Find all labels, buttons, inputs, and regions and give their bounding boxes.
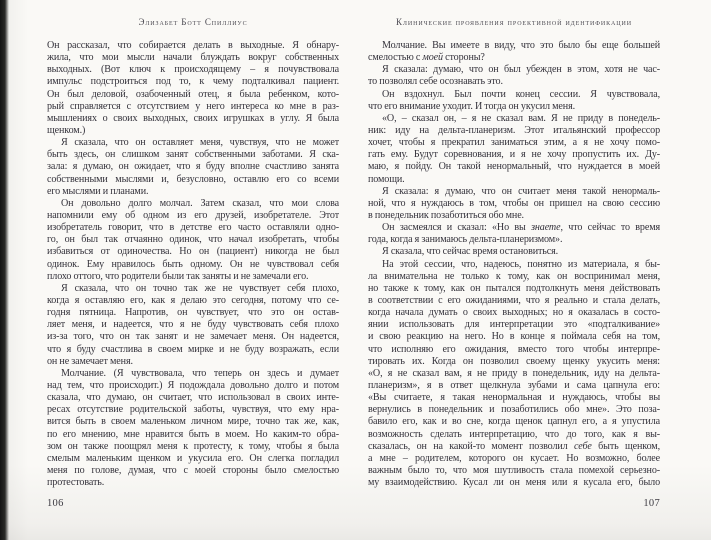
text-line: плохо оттого, что родители были так заня… xyxy=(47,271,339,283)
text-line: зала: я думаю, он ожидает, что я буду вп… xyxy=(47,161,339,173)
text-line: Он был деловой, озабоченный отец, я была… xyxy=(47,89,339,101)
text-line: бавило его, как и во сне, когда щенок ца… xyxy=(368,416,660,428)
text-line: ляет меня, и надеется, что я не буду чув… xyxy=(47,319,339,331)
text-line: в соответствии с его ожиданиями, что я р… xyxy=(368,295,660,307)
text-line: Я сказала: я думаю, что он считает меня … xyxy=(368,186,660,198)
text-line: собственными мыслями и, безусловно, оста… xyxy=(47,174,339,186)
text-line: вится быть в своем маленьком личном мире… xyxy=(47,416,339,428)
left-page: Элизабет Ботт Спиллиус Он рассказал, что… xyxy=(47,0,339,540)
text-line: Я сказала, что он точно так же не чувств… xyxy=(47,283,339,295)
text-line: му взаимодействию. Кусал ли он меня или … xyxy=(368,477,660,489)
book-spread: Элизабет Ботт Спиллиус Он рассказал, что… xyxy=(0,0,711,540)
text-line: изобретатель говорит, что в детстве его … xyxy=(47,222,339,234)
text-line: протестовать. xyxy=(47,477,339,489)
text-line: янии использовать для интерпретации это … xyxy=(368,319,660,331)
paragraph: Я сказала: я думаю, что он считает меня … xyxy=(368,186,660,222)
text-line: что я буду счастлива в своем мирке и не … xyxy=(47,344,339,356)
text-line: тировать их. Когда он позволил своему ще… xyxy=(368,356,660,368)
text-line: избавиться от одиночества. Но он (пациен… xyxy=(47,246,339,258)
text-line: что исполняю его ожидания, вместо того ч… xyxy=(368,344,660,356)
text-line: когда я оставляю его, как я делаю это се… xyxy=(47,295,339,307)
text-line: хочет, чтобы я прекратил заниматься этим… xyxy=(368,137,660,149)
text-line: помощи. xyxy=(368,174,660,186)
text-line: важным было то, что моя шутливость стала… xyxy=(368,465,660,477)
text-line: возможность сделать интерпретацию, что д… xyxy=(368,429,660,441)
text-line: Он вздохнул. Был почти конец сессии. Я ч… xyxy=(368,89,660,101)
text-line: «О, – сказал он, – я не сказал вам. Я не… xyxy=(368,113,660,125)
text-line: по его мнению, мне нравится быть в моем.… xyxy=(47,429,339,441)
text-line: меня по голове, думая, что с моей сторон… xyxy=(47,465,339,477)
text-line: и свою реакцию на него. Но в конце я пой… xyxy=(368,331,660,343)
paragraph: Он довольно долго молчал. Затем сказал, … xyxy=(47,198,339,283)
right-page: Клинические проявления проективной идент… xyxy=(368,0,660,540)
text-line: годня пятница. Напротив, он чувствует, ч… xyxy=(47,307,339,319)
book-edge xyxy=(0,0,9,540)
page-number-left: 106 xyxy=(47,498,64,509)
text-line: его мыслями и планами. xyxy=(47,186,339,198)
text-line: ной, что я нуждаюсь в том, чтобы он приш… xyxy=(368,198,660,210)
text-line: ник: иду на дельта-планеризм. Этот италь… xyxy=(368,125,660,137)
paragraph: Я сказала, что сейчас время остановиться… xyxy=(368,246,660,258)
text-line: планеризм», я в ответ щелкнула зубами и … xyxy=(368,380,660,392)
text-line: ла внимательна не только к тому, как он … xyxy=(368,271,660,283)
paragraph: Он засмеялся и сказал: «Но вы знаете, чт… xyxy=(368,222,660,246)
text-line: быть здесь, он слишком занят собственным… xyxy=(47,149,339,161)
text-line: «Вы считаете, я такая ненормальная и нуж… xyxy=(368,392,660,404)
text-line: из-за того, что он так занят и не замеча… xyxy=(47,331,339,343)
text-line: маю, я пойду. Он такой ненормальный, что… xyxy=(368,161,660,173)
text-line: Молчание. Вы имеете в виду, что это было… xyxy=(368,40,660,52)
paragraph: Я сказала, что он точно так же не чувств… xyxy=(47,283,339,368)
text-line: выходных. (Вот ключ к происходящему – я … xyxy=(47,64,339,76)
text-line: сказала, что думаю, он считает, что испо… xyxy=(47,392,339,404)
text-line: что его внимание уходит. И тогда он укус… xyxy=(368,101,660,113)
text-line: Молчание. (Я чувствовала, что теперь он … xyxy=(47,368,339,380)
text-line: Он довольно долго молчал. Затем сказал, … xyxy=(47,198,339,210)
text-line: сказалась, он на какой-то момент позволи… xyxy=(368,441,660,453)
text-line: ресах отсутствие родительской заботы, чу… xyxy=(47,404,339,416)
text-line: но также к тому, как он пытался подтолкн… xyxy=(368,283,660,295)
text-line: мышлениях о своих выходных, своих игрушк… xyxy=(47,113,339,125)
paragraph: Я сказала: думаю, что он был убежден в э… xyxy=(368,64,660,88)
text-line: Он рассказал, что собирается делать в вы… xyxy=(47,40,339,52)
left-page-body: Он рассказал, что собирается делать в вы… xyxy=(47,40,339,489)
paragraph: Молчание. (Я чувствовала, что теперь он … xyxy=(47,368,339,489)
text-line: «О, я не сказал вам, я не приду в понеде… xyxy=(368,368,660,380)
text-line: года, когда я занимаюсь дельта-планеризм… xyxy=(368,234,660,246)
paragraph: Он вздохнул. Был почти конец сессии. Я ч… xyxy=(368,89,660,113)
running-header-left: Элизабет Ботт Спиллиус xyxy=(47,17,339,27)
page-number-right: 107 xyxy=(643,498,660,509)
paragraph: На этой сессии, что, надеюсь, понятно из… xyxy=(368,259,660,490)
text-line: смелым маленьким щенком и укусила его. О… xyxy=(47,453,339,465)
right-page-body: Молчание. Вы имеете в виду, что это было… xyxy=(368,40,660,489)
text-line: смелостью с моей стороны? xyxy=(368,52,660,64)
text-line: импульс подстроиться под то, к чему подт… xyxy=(47,76,339,88)
text-line: Я сказала, что он оставляет меня, чувств… xyxy=(47,137,339,149)
text-line: гать ему. Будут соревнования, и я не хоч… xyxy=(368,149,660,161)
text-line: щенком.) xyxy=(47,125,339,137)
paragraph: Я сказала, что он оставляет меня, чувств… xyxy=(47,137,339,198)
text-line: одинок. Ему нравилось быть одному. Он не… xyxy=(47,259,339,271)
text-line: На этой сессии, что, надеюсь, понятно из… xyxy=(368,259,660,271)
paragraph: Он рассказал, что собирается делать в вы… xyxy=(47,40,339,137)
text-line: вернулись в понедельник и позаботились о… xyxy=(368,404,660,416)
text-line: Я сказала: думаю, что он был убежден в э… xyxy=(368,64,660,76)
text-line: Я сказала, что сейчас время остановиться… xyxy=(368,246,660,258)
paragraph: «О, – сказал он, – я не сказал вам. Я не… xyxy=(368,113,660,186)
text-line: го, он был так отчаянно одинок, что нача… xyxy=(47,234,339,246)
text-line: в понедельник позаботиться обо мне. xyxy=(368,210,660,222)
text-line: Он засмеялся и сказал: «Но вы знаете, чт… xyxy=(368,222,660,234)
running-header-right: Клинические проявления проективной идент… xyxy=(368,17,660,27)
text-line: зом он также поощрял меня к протесту, к … xyxy=(47,441,339,453)
text-line: рый справляется с отсутствием у него инт… xyxy=(47,101,339,113)
text-line: когда начала думать о своих выходных; но… xyxy=(368,307,660,319)
text-line: а мне – родителем, которого он кусает. Н… xyxy=(368,453,660,465)
text-line: он не замечает меня. xyxy=(47,356,339,368)
text-line: то позволял себе осознавать это. xyxy=(368,76,660,88)
text-line: жила, что мои мысли начали блуждать вокр… xyxy=(47,52,339,64)
paragraph: Молчание. Вы имеете в виду, что это было… xyxy=(368,40,660,64)
text-line: напомнили ему об одном из его друзей, из… xyxy=(47,210,339,222)
text-line: над тем, что происходит.) Я подождала до… xyxy=(47,380,339,392)
